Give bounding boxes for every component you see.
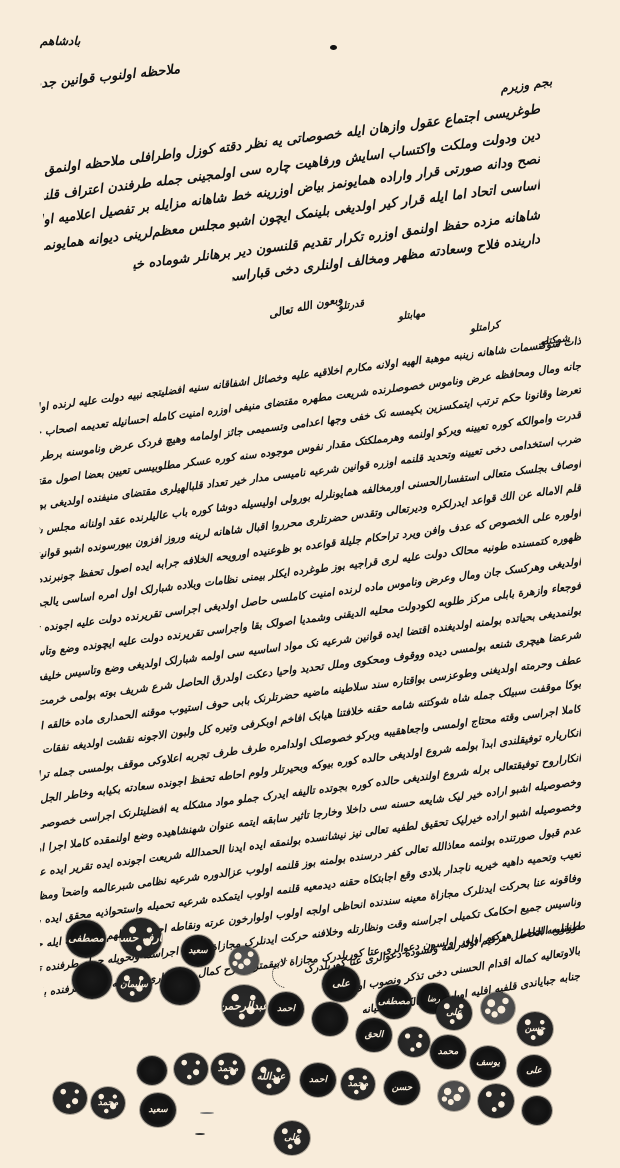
seal-inscription: علی	[332, 979, 350, 990]
seal-stamp	[522, 1096, 552, 1125]
seal-stamp: احمد	[300, 1063, 336, 1097]
seal-stamp	[53, 1082, 87, 1114]
seal-stamp	[174, 1053, 208, 1085]
seal-stamp: مصطفی	[376, 985, 412, 1019]
seal-stamp: حسن	[517, 1012, 553, 1046]
seal-inscription: مصطفی	[68, 934, 104, 945]
seal-inscription: محمد	[438, 1047, 459, 1057]
seal-stamp	[481, 992, 515, 1024]
seal-stamp: محمد	[430, 1035, 466, 1069]
seal-inscription: عبدالرحمن	[222, 1000, 266, 1013]
faded-seal-mark	[195, 1133, 205, 1135]
seal-stamp: عبدالله	[252, 1059, 290, 1095]
seal-stamp: محمد	[341, 1068, 375, 1100]
faded-seal-mark	[200, 1112, 214, 1114]
seal-stamp: یوسف	[470, 1046, 506, 1080]
title-word: مهابتلو	[397, 308, 426, 323]
seal-stamp	[229, 946, 259, 975]
seal-stamp	[160, 967, 200, 1005]
seal-inscription: احمد	[277, 1004, 295, 1014]
seal-stamp: علی	[274, 1121, 310, 1155]
opening-address: بجم وزیرم	[499, 74, 553, 95]
seal-stamp: سعید	[140, 1093, 176, 1127]
seal-stamp: احمد	[268, 992, 304, 1026]
seal-inscription: محمد	[98, 1098, 119, 1108]
seal-inscription: علی	[446, 1008, 462, 1018]
seal-stamp	[438, 1081, 470, 1111]
title-word: کرامتلو	[469, 320, 500, 335]
seal-stamp	[398, 1027, 430, 1057]
seal-inscription: یوسف	[476, 1058, 500, 1068]
seal-stamp: مصطفی	[66, 920, 106, 958]
seal-stamp: محمد	[211, 1053, 245, 1085]
seal-stamp: سلیمان	[116, 968, 152, 1002]
seal-stamp: عبدالرحمن	[222, 985, 266, 1027]
seal-inscription: علی	[526, 1066, 542, 1076]
seal-inscription: عبدالله	[257, 1072, 286, 1083]
seal-inscription: مصطفی	[378, 997, 410, 1007]
seal-inscription: حسن	[525, 1024, 545, 1034]
seal-stamp: سعید	[181, 935, 215, 967]
seal-inscription: سعید	[148, 1105, 167, 1115]
seal-stamp: علی	[517, 1055, 551, 1087]
seal-inscription: الحق	[365, 1030, 384, 1040]
seal-inscription: احمد	[309, 1075, 327, 1085]
seal-stamp: عارف حسن	[120, 918, 162, 958]
seal-stamp: حسن	[384, 1071, 420, 1105]
seal-stamp: علی	[322, 966, 360, 1002]
document-page: بادشاهم بجم وزیرم ملاحظه اولنوب قوانین ج…	[0, 0, 620, 1168]
seal-stamp: الحق	[356, 1018, 392, 1052]
seal-stamp: علی	[436, 996, 472, 1030]
margin-note: بادشاهم	[40, 34, 80, 48]
seal-inscription: عارف حسن	[120, 932, 162, 945]
seal-inscription: محمد	[348, 1079, 369, 1089]
seal-stamp	[137, 1056, 167, 1085]
invocation: وبعون الله تعالی	[267, 292, 343, 320]
seal-inscription: حسن	[392, 1083, 412, 1093]
seal-inscription: سلیمان	[120, 980, 148, 990]
seal-stamp	[478, 1084, 514, 1118]
seal-inscription: رضا	[427, 994, 440, 1003]
top-mark	[330, 45, 337, 50]
seal-inscription: محمد	[218, 1064, 239, 1074]
text-line: ملاحظه اولنوب قوانین جدیده وضع اولنمق تح…	[40, 62, 181, 92]
seal-stamp	[312, 1002, 348, 1036]
seal-stamp: محمد	[91, 1087, 125, 1119]
seal-stamp	[72, 961, 112, 999]
title-word: قدرتلو	[337, 298, 364, 313]
seal-inscription: علی	[284, 1133, 300, 1143]
seal-inscription: سعید	[188, 946, 207, 956]
